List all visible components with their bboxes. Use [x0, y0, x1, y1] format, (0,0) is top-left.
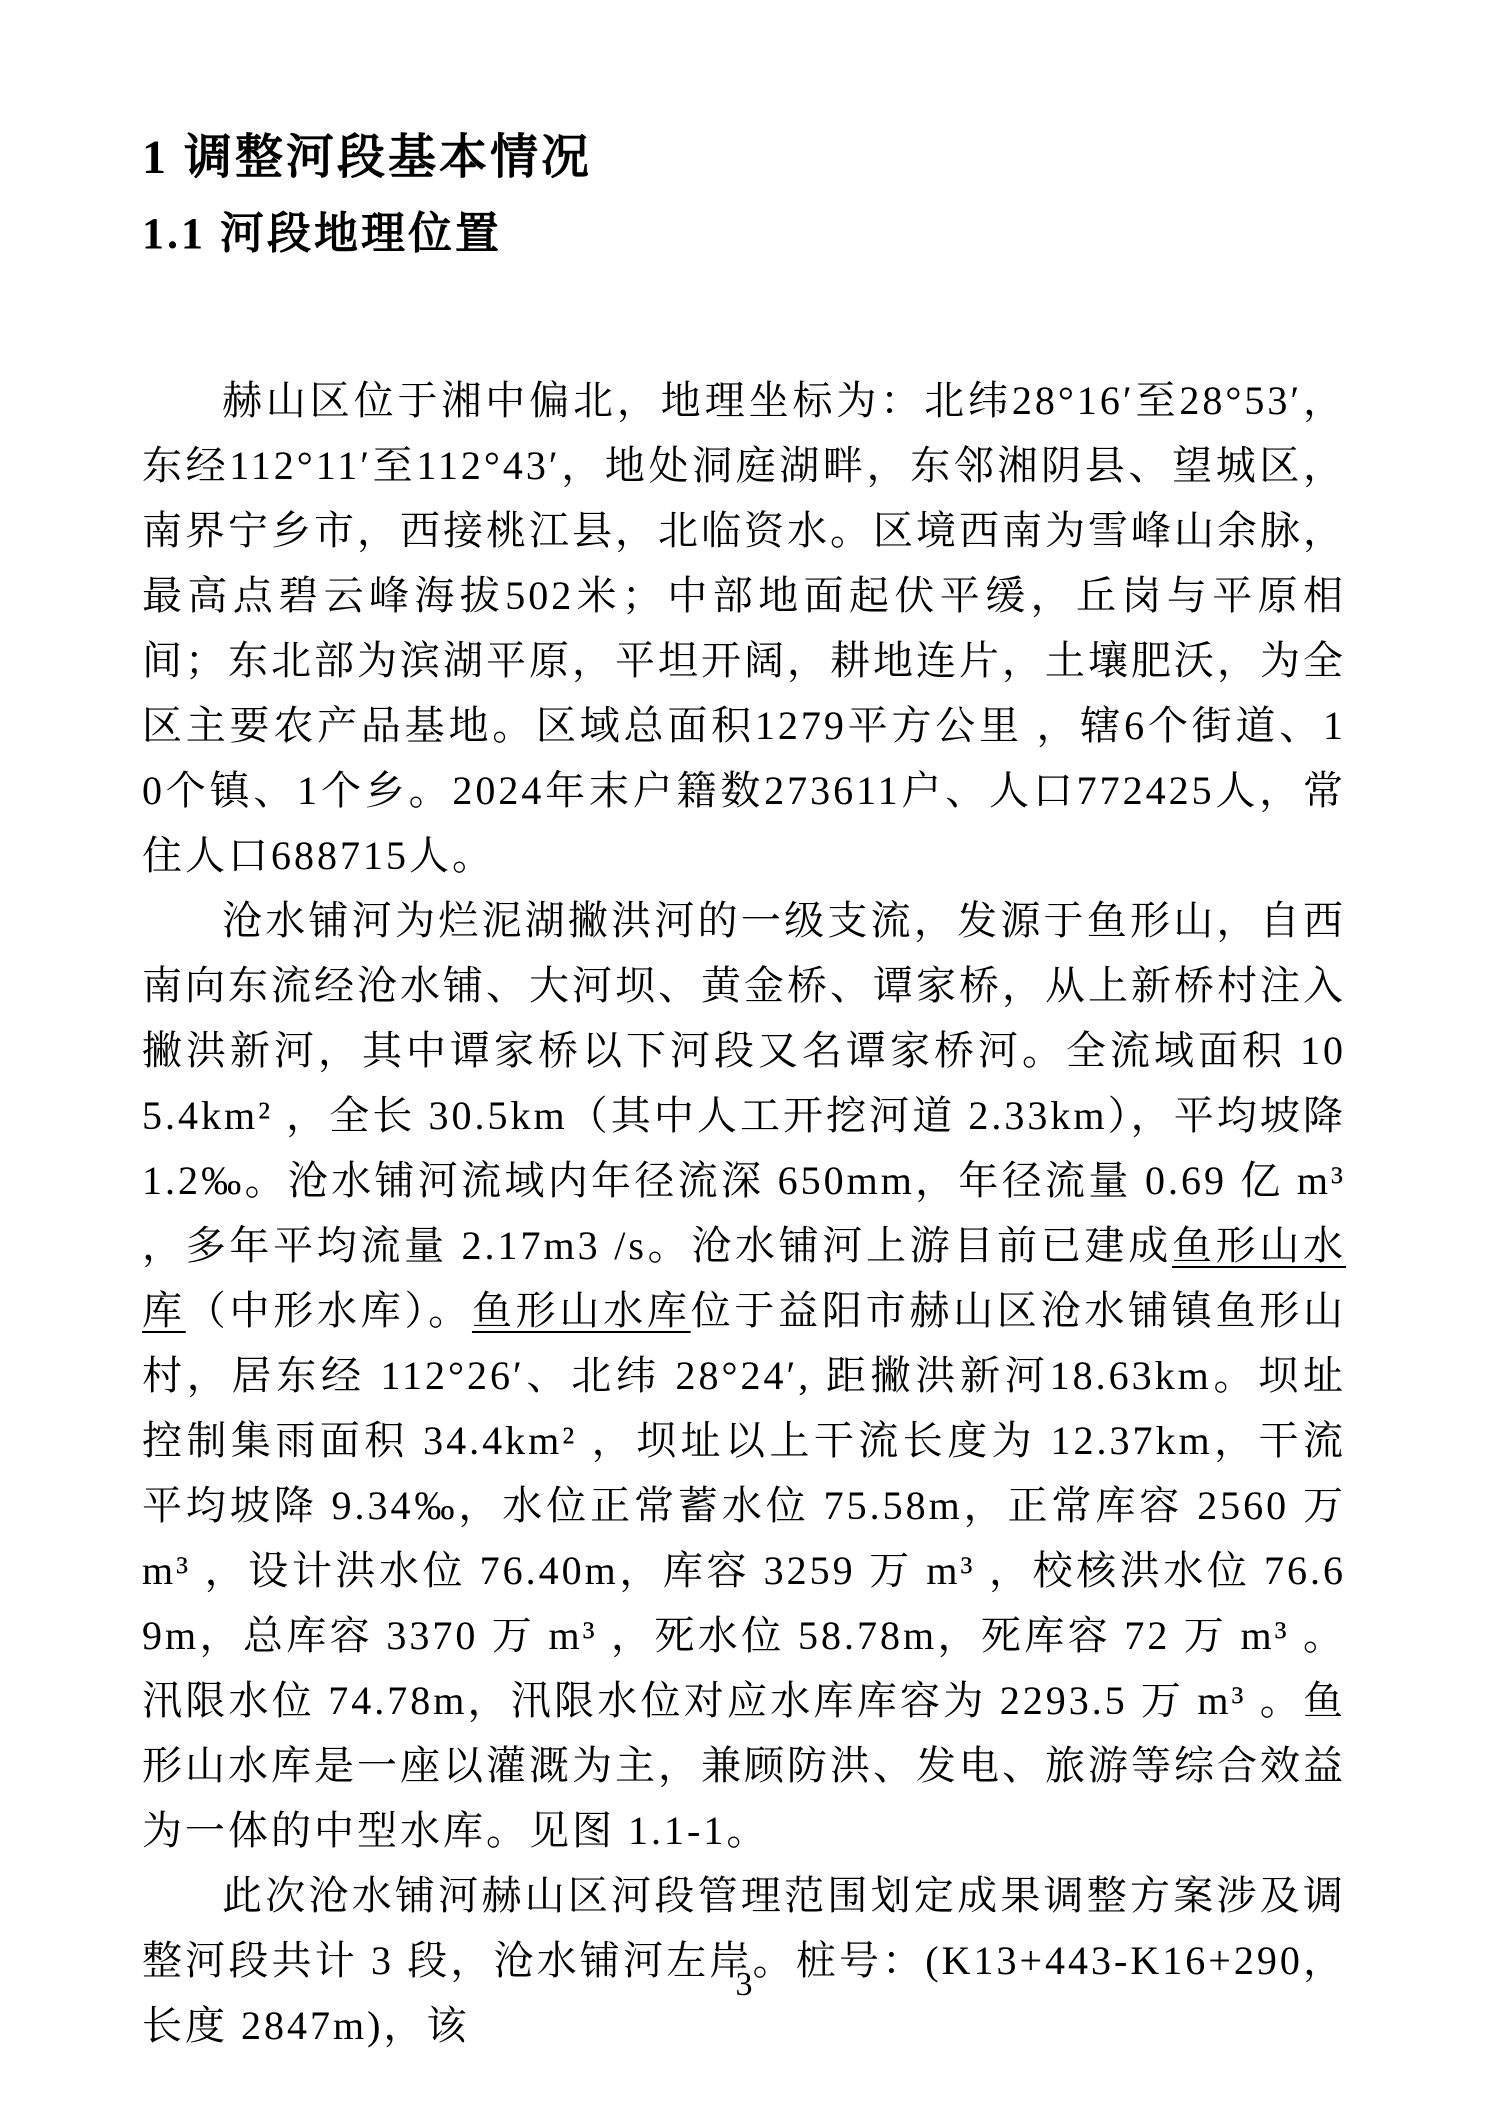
- paragraph: 沧水铺河为烂泥湖撇洪河的一级支流，发源于鱼形山，自西南向东流经沧水铺、大河坝、黄…: [142, 888, 1346, 1863]
- paragraph: 赫山区位于湘中偏北，地理坐标为：北纬28°16′至28°53′，东经112°11…: [142, 368, 1346, 888]
- subsection-heading: 1.1 河段地理位置: [142, 206, 1346, 262]
- paragraph: 此次沧水铺河赫山区河段管理范围划定成果调整方案涉及调整河段共计 3 段，沧水铺河…: [142, 1863, 1346, 2058]
- document-page: 1 调整河段基本情况 1.1 河段地理位置 赫山区位于湘中偏北，地理坐标为：北纬…: [0, 0, 1488, 2104]
- document-body: 赫山区位于湘中偏北，地理坐标为：北纬28°16′至28°53′，东经112°11…: [142, 368, 1346, 2058]
- page-number: 3: [0, 1966, 1488, 2004]
- text-segment: 赫山区位于湘中偏北，地理坐标为：北纬28°16′至28°53′，东经112°11…: [142, 378, 1346, 878]
- text-segment: （中形水库）。: [186, 1288, 472, 1333]
- text-segment: 位于益阳市赫山区沧水铺镇鱼形山村，居东经 112°26′、北纬 28°24′, …: [142, 1288, 1346, 1853]
- section-heading: 1 调整河段基本情况: [142, 128, 1346, 188]
- underlined-proper-noun: 鱼形山水库: [472, 1288, 691, 1333]
- text-segment: 沧水铺河为烂泥湖撇洪河的一级支流，发源于鱼形山，自西南向东流经沧水铺、大河坝、黄…: [142, 898, 1346, 1268]
- text-segment: 此次沧水铺河赫山区河段管理范围划定成果调整方案涉及调整河段共计 3 段，沧水铺河…: [142, 1873, 1346, 2048]
